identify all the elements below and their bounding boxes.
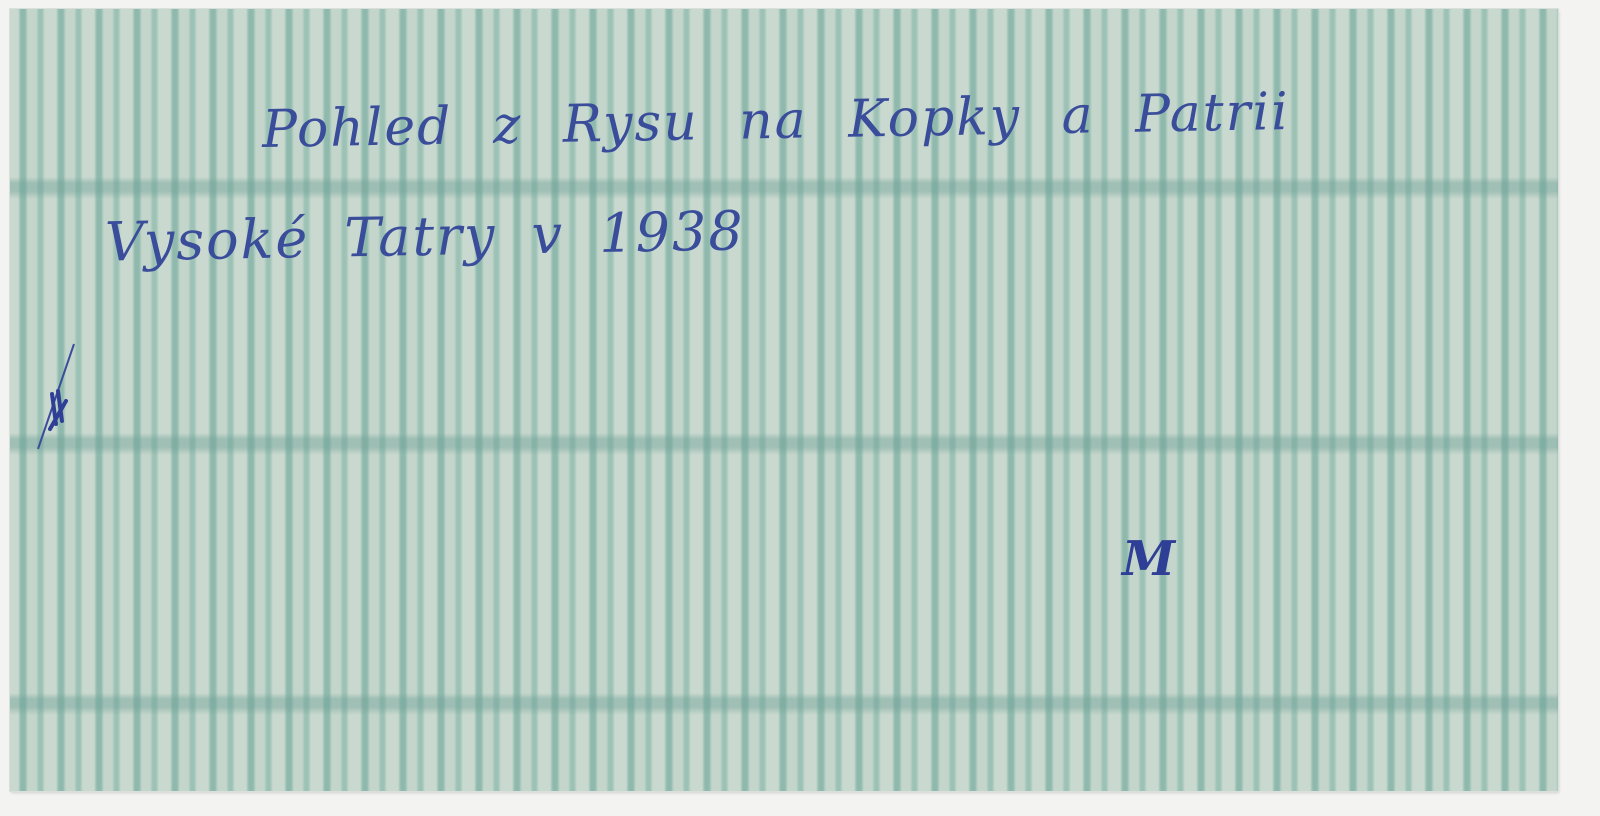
photo-card-back: Pohled z Rysu na Kopky a Patrii Vysoké T…	[10, 9, 1558, 791]
handwritten-caption-line-2: Vysoké Tatry v 1938	[104, 199, 745, 273]
handwritten-caption-line-1: Pohled z Rysu na Kopky a Patrii	[262, 82, 1291, 160]
margin-mark-icon	[32, 339, 82, 459]
handwritten-initials: M	[1122, 531, 1175, 587]
